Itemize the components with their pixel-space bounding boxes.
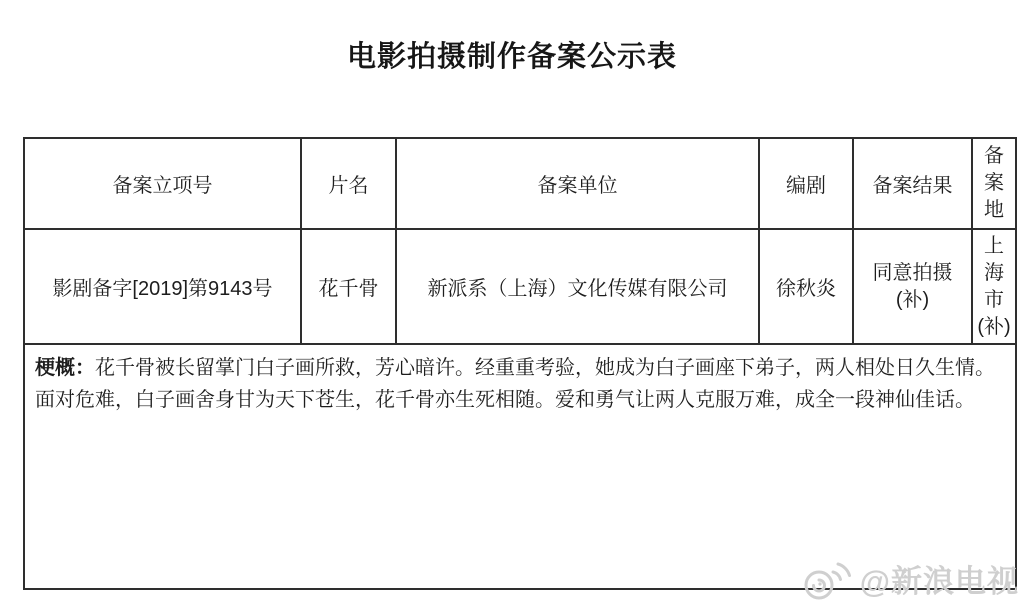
cell-filing-location: 上 海 市 (补)	[972, 229, 1016, 344]
header-filing-number: 备案立项号	[24, 138, 301, 229]
table-header-row: 备案立项号 片名 备案单位 编剧 备案结果 备 案 地	[24, 138, 1016, 229]
table-row: 影剧备字[2019]第9143号 花千骨 新派系（上海）文化传媒有限公司 徐秋炎…	[24, 229, 1016, 344]
synopsis-text: 花千骨被长留掌门白子画所救，芳心暗许。经重重考验，她成为白子画座下弟子，两人相处…	[35, 357, 995, 411]
cell-film-title: 花千骨	[301, 229, 396, 344]
synopsis-row: 梗概：花千骨被长留掌门白子画所救，芳心暗许。经重重考验，她成为白子画座下弟子，两…	[24, 344, 1016, 589]
cell-filing-unit: 新派系（上海）文化传媒有限公司	[396, 229, 759, 344]
header-screenwriter: 编剧	[759, 138, 853, 229]
page-title: 电影拍摄制作备案公示表	[0, 34, 1024, 75]
cell-synopsis: 梗概：花千骨被长留掌门白子画所救，芳心暗许。经重重考验，她成为白子画座下弟子，两…	[24, 344, 1016, 589]
header-filing-result: 备案结果	[853, 138, 972, 229]
cell-filing-result: 同意拍摄 (补)	[853, 229, 972, 344]
synopsis-label: 梗概：	[35, 357, 95, 379]
filing-table: 备案立项号 片名 备案单位 编剧 备案结果 备 案 地 影剧备字[2019]第9…	[23, 137, 1017, 590]
header-film-title: 片名	[301, 138, 396, 229]
cell-screenwriter: 徐秋炎	[759, 229, 853, 344]
header-filing-unit: 备案单位	[396, 138, 759, 229]
cell-filing-number: 影剧备字[2019]第9143号	[24, 229, 301, 344]
header-filing-location: 备 案 地	[972, 138, 1016, 229]
